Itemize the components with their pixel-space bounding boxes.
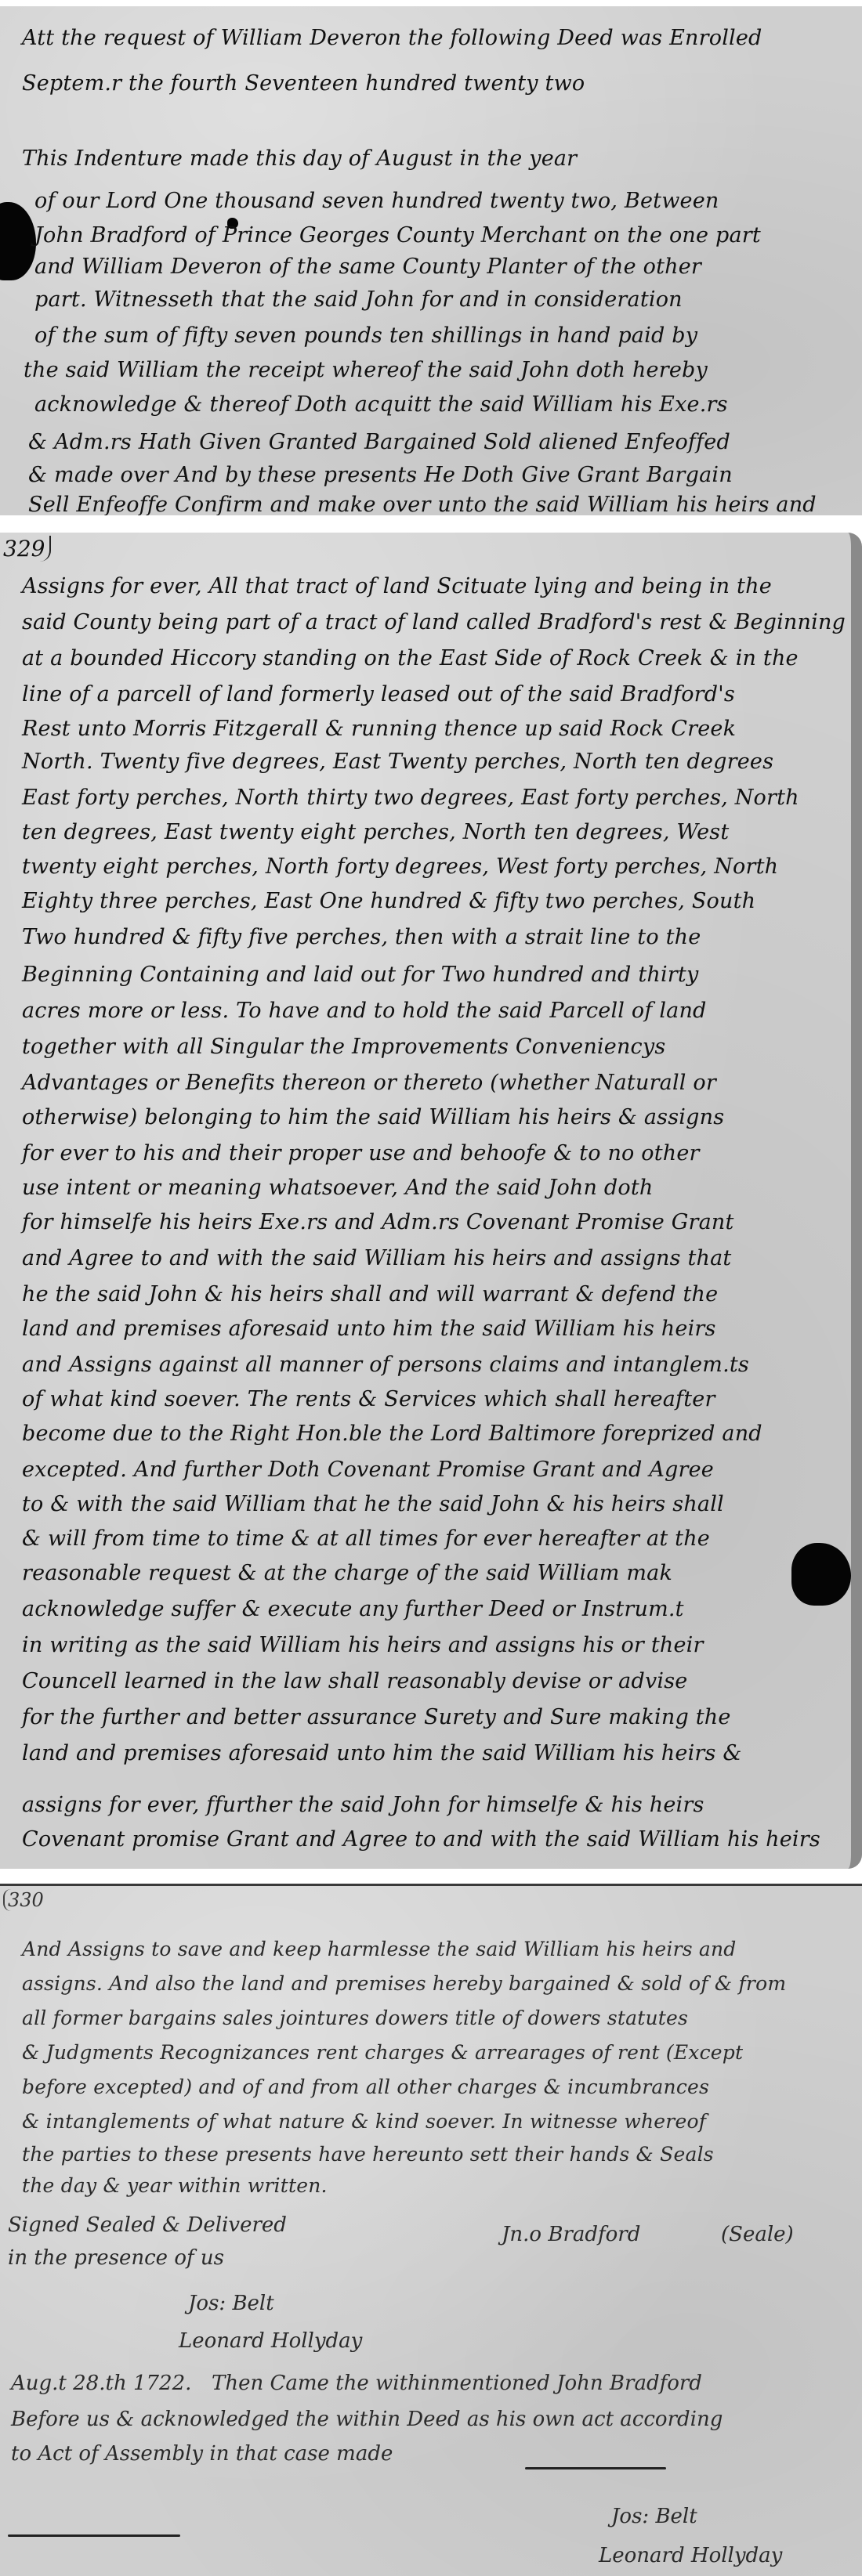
deed-line: together with all Singular the Improveme…	[22, 1034, 829, 1060]
deed-line: acknowledge & thereof Doth acquitt the s…	[34, 392, 840, 418]
deed-line: Eighty three perches, East One hundred &…	[22, 888, 829, 915]
acknowledgment-line: Then Came the withinmentioned John Bradf…	[212, 2372, 702, 2395]
deed-line: East forty perches, North thirty two deg…	[22, 785, 829, 811]
deed-line: And Assigns to save and keep harmlesse t…	[22, 1936, 840, 1963]
deed-line: North. Twenty five degrees, East Twenty …	[22, 749, 829, 775]
deed-line: Two hundred & fifty five perches, then w…	[22, 924, 829, 951]
grantor-signature: Jn.o Bradford	[502, 2223, 640, 2246]
deed-line: & intanglements of what nature & kind so…	[22, 2108, 840, 2135]
deed-line: This Indenture made this day of August i…	[22, 146, 840, 172]
flourish-line	[525, 2467, 666, 2469]
deed-line: use intent or meaning whatsoever, And th…	[22, 1175, 829, 1201]
acknowledgment-date: Aug.t 28.th 1722.	[11, 2372, 191, 2395]
justice-signature: Leonard Hollyday	[599, 2544, 782, 2567]
deed-line: the said William the receipt whereof the…	[24, 357, 840, 384]
deed-line: excepted. And further Doth Covenant Prom…	[22, 1457, 829, 1483]
deed-line: John Bradford of Prince Georges County M…	[34, 222, 840, 249]
deed-line: Sell Enfeoffe Confirm and make over unto…	[28, 492, 840, 515]
deed-line: Advantages or Benefits thereon or theret…	[22, 1070, 829, 1097]
deed-page-1-scan: Att the request of William Deveron the f…	[0, 6, 862, 515]
page-number: 330	[3, 1889, 49, 1911]
deed-line: Covenant promise Grant and Agree to and …	[22, 1826, 829, 1853]
deed-line: of our Lord One thousand seven hundred t…	[34, 188, 840, 215]
deed-line: ten degrees, East twenty eight perches, …	[22, 819, 829, 846]
deed-line: in writing as the said William his heirs…	[22, 1632, 829, 1659]
deed-line: said County being part of a tract of lan…	[22, 609, 829, 636]
attestation-label: Signed Sealed & Delivered	[8, 2213, 287, 2237]
deed-line: & Judgments Recognizances rent charges &…	[22, 2039, 840, 2066]
justice-signature: Jos: Belt	[611, 2505, 697, 2528]
deed-line: and William Deveron of the same County P…	[34, 254, 840, 280]
deed-line: & Adm.rs Hath Given Granted Bargained So…	[28, 429, 840, 456]
deed-line: before excepted) and of and from all oth…	[22, 2074, 840, 2101]
deed-line: Septem.r the fourth Seventeen hundred tw…	[22, 70, 840, 97]
seal-label: (Seale)	[721, 2223, 794, 2246]
deed-line: otherwise) belonging to him the said Wil…	[22, 1104, 829, 1131]
deed-line: assigns. And also the land and premises …	[22, 1971, 840, 1997]
deed-page-2-scan: 329 Assigns for ever, All that tract of …	[0, 533, 862, 1869]
deed-line: of what kind soever. The rents & Service…	[22, 1386, 829, 1413]
deed-line: become due to the Right Hon.ble the Lord…	[22, 1421, 829, 1447]
deed-line: the parties to these presents have hereu…	[22, 2141, 840, 2168]
deed-line: acres more or less. To have and to hold …	[22, 998, 829, 1024]
acknowledgment-line: to Act of Assembly in that case made	[11, 2442, 393, 2466]
deed-line: Att the request of William Deveron the f…	[22, 25, 840, 52]
deed-line: part. Witnesseth that the said John for …	[34, 287, 840, 313]
deed-line: Rest unto Morris Fitzgerall & running th…	[22, 716, 829, 742]
deed-line: Beginning Containing and laid out for Tw…	[22, 962, 829, 988]
deed-line: acknowledge suffer & execute any further…	[22, 1596, 829, 1623]
deed-line: for himselfe his heirs Exe.rs and Adm.rs…	[22, 1209, 829, 1236]
deed-line: twenty eight perches, North forty degree…	[22, 854, 829, 880]
deed-line: all former bargains sales jointures dowe…	[22, 2005, 840, 2032]
ink-blot	[0, 202, 36, 280]
deed-line: of the sum of fifty seven pounds ten shi…	[34, 323, 840, 349]
deed-line: Assigns for ever, All that tract of land…	[22, 573, 829, 600]
deed-line: assigns for ever, ffurther the said John…	[22, 1792, 829, 1819]
page-number: 329	[3, 536, 51, 562]
deed-line: land and premises aforesaid unto him the…	[22, 1740, 829, 1767]
deed-line: for ever to his and their proper use and…	[22, 1140, 829, 1167]
deed-line: and Agree to and with the said William h…	[22, 1245, 829, 1272]
deed-line: & made over And by these presents He Dot…	[28, 462, 840, 489]
deed-line: to & with the said William that he the s…	[22, 1491, 829, 1518]
deed-line: Councell learned in the law shall reason…	[22, 1668, 829, 1695]
acknowledgment-line: Before us & acknowledged the within Deed…	[11, 2408, 723, 2431]
deed-line: land and premises aforesaid unto him the…	[22, 1316, 829, 1342]
witness-signature: Jos: Belt	[188, 2292, 274, 2315]
deed-line: & will from time to time & at all times …	[22, 1526, 829, 1552]
deed-line: the day & year within written.	[22, 2173, 840, 2199]
deed-page-3-scan: 330 And Assigns to save and keep harmles…	[0, 1884, 862, 2576]
deed-line: line of a parcell of land formerly lease…	[22, 681, 829, 708]
deed-line: at a bounded Hiccory standing on the Eas…	[22, 645, 829, 672]
attestation-label: in the presence of us	[8, 2246, 224, 2270]
deed-line: for the further and better assurance Sur…	[22, 1704, 829, 1731]
deed-line: reasonable request & at the charge of th…	[22, 1560, 829, 1587]
deed-line: he the said John & his heirs shall and w…	[22, 1281, 829, 1308]
deed-line: and Assigns against all manner of person…	[22, 1352, 829, 1378]
witness-signature: Leonard Hollyday	[179, 2329, 362, 2353]
flourish-line	[8, 2534, 180, 2537]
